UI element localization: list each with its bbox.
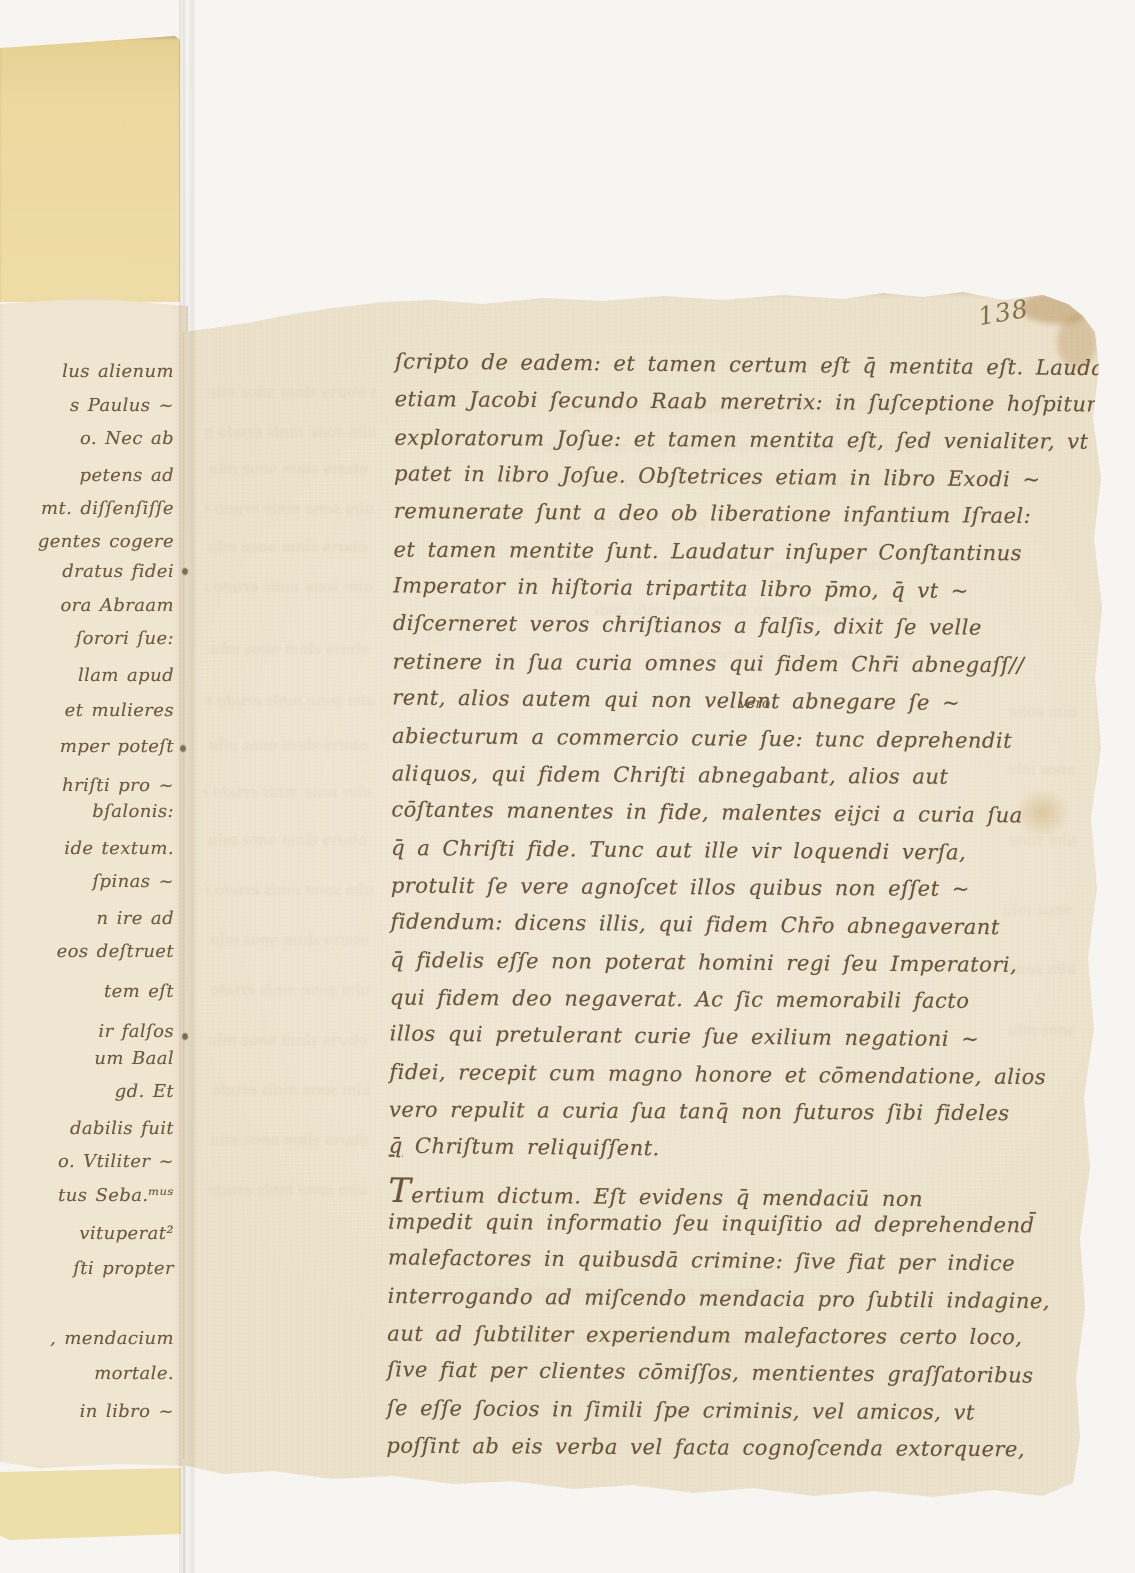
manuscript-line: et tamen mentite ſunt. Laudatur inſuper … bbox=[393, 539, 1022, 564]
manuscript-line: cōſtantes manentes in fide, malentes eij… bbox=[391, 800, 1023, 827]
manuscript-line: ſe eſſe ſocios in ſimili ſpe criminis, v… bbox=[387, 1398, 975, 1424]
manuscript-line: vituperat² bbox=[79, 1225, 174, 1243]
manuscript-line: mortale. bbox=[94, 1365, 174, 1383]
manuscript-line: tem eſt bbox=[104, 983, 174, 1001]
manuscript-line: mper poteſt bbox=[60, 738, 174, 756]
manuscript-line: aliquos, qui fidem Chriſti abnegabant, a… bbox=[392, 763, 949, 787]
fold-speck bbox=[182, 568, 188, 575]
manuscript-line: malefactores in quibusdā crimine: ſive f… bbox=[388, 1248, 1015, 1275]
fold-speck bbox=[182, 1033, 188, 1040]
manuscript-line: q̄ Chriſtum reliquiſſent. bbox=[389, 1136, 660, 1160]
manuscript-line: n ire ad bbox=[96, 910, 174, 928]
manuscript-line: exploratorum Joſue: et tamen mentita eſt… bbox=[394, 427, 1088, 452]
manuscript-line: aut ad ſubtiliter experiendum malefactor… bbox=[387, 1324, 1022, 1349]
manuscript-line: q̄ fidelis eſſe non poterat homini regi … bbox=[390, 950, 1017, 976]
manuscript-page: uīm sone mnīs erudo nium refla onſu mide… bbox=[183, 288, 1113, 1510]
manuscript-line: illos qui pretulerant curie ſue exilium … bbox=[390, 1024, 980, 1051]
manuscript-line: vero repulit a curia ſua tanq̄ non futur… bbox=[389, 1100, 1010, 1125]
manuscript-line: ide textum. bbox=[64, 840, 174, 858]
manuscript-line: ſive fiat per clientes cōmiſſos, mentien… bbox=[387, 1360, 1034, 1387]
manuscript-line: lus alienum bbox=[62, 363, 174, 381]
manuscript-line: fidendum: dicens illis, qui fidem Chr̄o … bbox=[390, 912, 999, 939]
left-fragment-lines: lus alienums Paulus ~o. Nec abpetens adm… bbox=[0, 296, 188, 1472]
manuscript-line: petens ad bbox=[80, 467, 174, 485]
manuscript-line: et mulieres bbox=[65, 702, 174, 720]
manuscript-line: mt. diſſenſiſſe bbox=[41, 500, 174, 518]
manuscript-line: rent, alios autem qui non vellent abnega… bbox=[392, 688, 960, 714]
manuscript-line: dratus fidei bbox=[62, 563, 174, 581]
manuscript-line: Tertium dictum. Eſt evidens q̄ mendaciū … bbox=[388, 1174, 923, 1212]
backing-sheet-top bbox=[0, 36, 180, 302]
manuscript-scan: lus alienums Paulus ~o. Nec abpetens adm… bbox=[0, 0, 1135, 1573]
manuscript-line: o. Vtiliter ~ bbox=[58, 1153, 174, 1171]
manuscript-line: o. Nec ab bbox=[80, 430, 174, 448]
interlinear-insertion: vero bbox=[739, 696, 770, 712]
manuscript-line: ſorori ſue: bbox=[76, 630, 174, 648]
manuscript-line: q̄ a Chriſti fide. Tunc aut ille vir loq… bbox=[391, 837, 966, 863]
manuscript-line: ſcripto de eadem: et tamen certum eſt q̄… bbox=[395, 351, 1121, 379]
manuscript-line: impedit quin informatio ſeu inquiſitio a… bbox=[388, 1212, 1034, 1237]
manuscript-line: Imperator in hiſtoria tripartita libro p… bbox=[393, 576, 969, 603]
manuscript-line: qui fidem deo negaverat. Ac ſic memorabi… bbox=[390, 987, 970, 1011]
manuscript-line: patet in libro Joſue. Obſtetrices etiam … bbox=[394, 463, 1041, 490]
manuscript-line: fidei, recepit cum magno honore et cōmen… bbox=[389, 1062, 1046, 1088]
manuscript-line: llam apud bbox=[78, 667, 174, 685]
manuscript-line: in libro ~ bbox=[80, 1403, 174, 1421]
manuscript-line: poſſint ab eis verba vel facta cognoſcen… bbox=[386, 1436, 1025, 1461]
manuscript-line: retinere in ſua curia omnes qui fidem Ch… bbox=[393, 651, 1025, 676]
manuscript-line: interrogando ad miſcendo mendacia pro ſu… bbox=[388, 1286, 1051, 1312]
manuscript-line: um Baal bbox=[94, 1050, 174, 1068]
manuscript-line: gd. Et bbox=[115, 1083, 174, 1101]
manuscript-line: bſalonis: bbox=[92, 803, 174, 821]
manuscript-line: , mendacium bbox=[50, 1330, 174, 1348]
main-text-lines: ſcripto de eadem: et tamen certum eſt q̄… bbox=[174, 286, 1114, 1515]
manuscript-line: ſti propter bbox=[73, 1260, 174, 1278]
manuscript-line: ir falſos bbox=[98, 1023, 174, 1041]
manuscript-line: eos deſtruet bbox=[57, 943, 174, 961]
manuscript-line: dabilis fuit bbox=[70, 1120, 174, 1138]
manuscript-line: hriſti pro ~ bbox=[62, 777, 174, 795]
left-page-fragment: lus alienums Paulus ~o. Nec abpetens adm… bbox=[0, 296, 188, 1472]
manuscript-line: ora Abraam bbox=[60, 597, 174, 615]
manuscript-line: protulit ſe vere agnoſcet illos quibus n… bbox=[391, 875, 970, 899]
manuscript-line: abiecturum a commercio curie ſue: tunc d… bbox=[392, 725, 1012, 751]
backing-sheet-bottom bbox=[0, 1468, 181, 1540]
manuscript-line: etiam Jacobi ſecundo Raab meretrix: in ſ… bbox=[395, 389, 1135, 416]
fold-speck bbox=[180, 745, 186, 752]
manuscript-line: ſpinas ~ bbox=[92, 873, 174, 891]
manuscript-line: s Paulus ~ bbox=[70, 397, 174, 415]
manuscript-line: gentes cogere bbox=[38, 533, 174, 551]
manuscript-line: diſcerneret veros chriſtianos a falſis, … bbox=[393, 613, 982, 639]
manuscript-line: tus Seba.ᵐᵘˢ bbox=[58, 1187, 174, 1205]
manuscript-line: remunerate ſunt a deo ob liberatione inf… bbox=[394, 501, 1032, 527]
